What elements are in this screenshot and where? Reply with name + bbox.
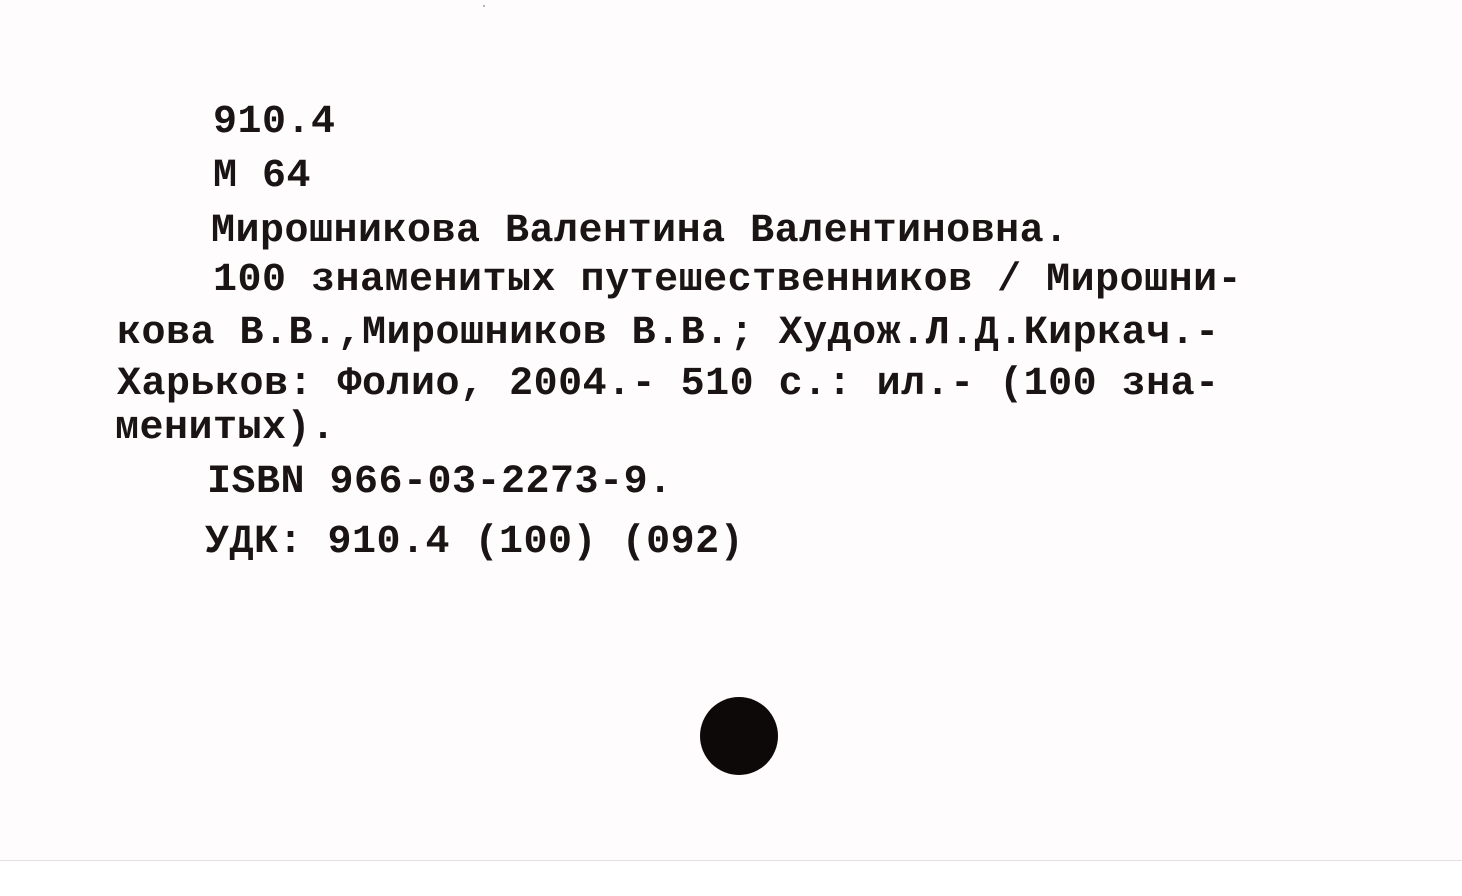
- author-mark: М 64: [213, 155, 311, 199]
- description-line-4: менитых).: [115, 407, 336, 451]
- card-punch-hole: [700, 697, 778, 775]
- catalog-card: 910.4 М 64 Мирошникова Валентина Валенти…: [0, 0, 1462, 861]
- description-line-3: Харьков: Фолио, 2004.- 510 с.: ил.- (100…: [117, 363, 1220, 407]
- udc-line: УДК: 910.4 (100) (092): [205, 521, 744, 565]
- description-line-1: 100 знаменитых путешественников / Мирошн…: [213, 259, 1242, 303]
- isbn-line: ISBN 966-03-2273-9.: [207, 461, 673, 505]
- classification-number: 910.4: [213, 101, 336, 145]
- scan-speck: [483, 5, 485, 7]
- description-line-2: кова В.В.,Мирошников В.В.; Худож.Л.Д.Кир…: [117, 312, 1220, 356]
- author-heading: Мирошникова Валентина Валентиновна.: [211, 210, 1069, 254]
